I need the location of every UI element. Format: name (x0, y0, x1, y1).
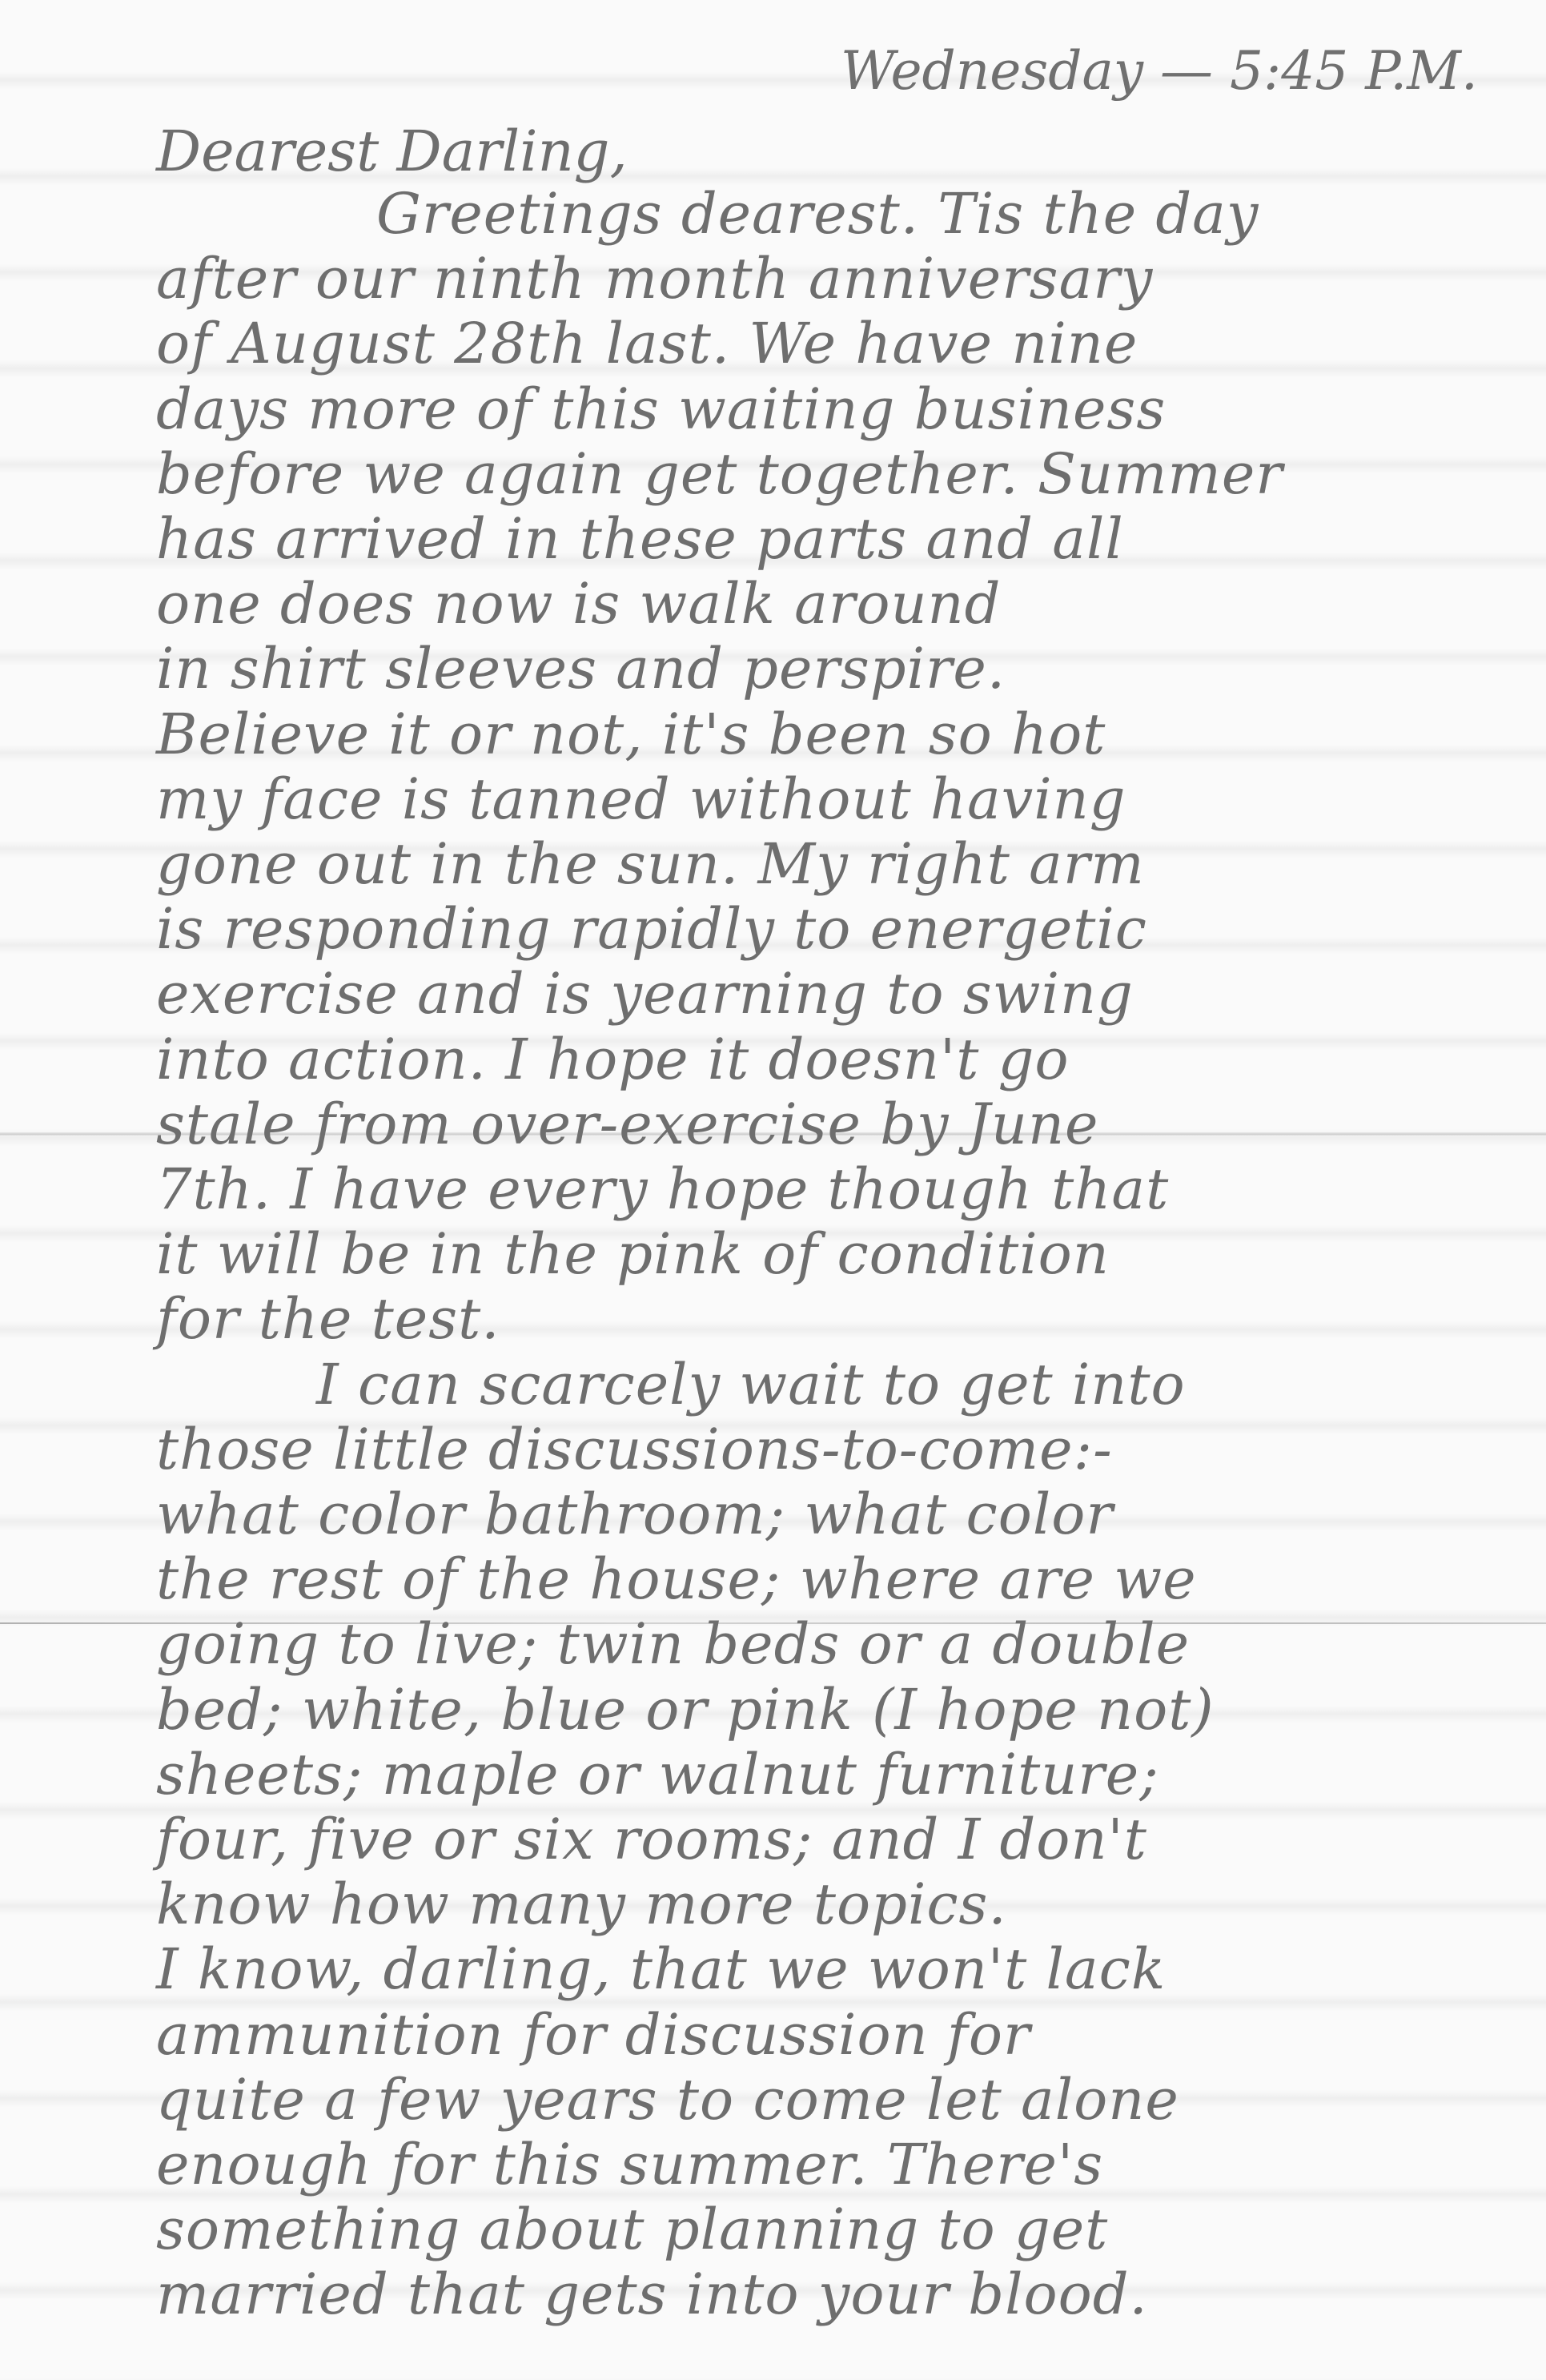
letter-line: gone out in the sun. My right arm (156, 836, 1145, 892)
letter-line: married that gets into your blood. (156, 2266, 1148, 2322)
letter-date-time: Wednesday — 5:45 P.M. (841, 40, 1478, 102)
letter-line: one does now is walk around (156, 576, 1001, 632)
letter-line: days more of this waiting business (156, 381, 1166, 437)
letter-line: bed; white, blue or pink (I hope not) (156, 1682, 1215, 1738)
letter-line: for the test. (156, 1291, 500, 1347)
letter-line: I can scarcely wait to get into (316, 1357, 1186, 1413)
letter-line: enough for this summer. There's (156, 2137, 1103, 2193)
letter-line: before we again get together. Summer (156, 446, 1283, 502)
letter-line: the rest of the house; where are we (156, 1551, 1197, 1607)
letter-line: sheets; maple or walnut furniture; (156, 1747, 1159, 1803)
letter-line: four, five or six rooms; and I don't (156, 1811, 1147, 1867)
letter-line: quite a few years to come let alone (156, 2072, 1179, 2128)
letter-line: stale from over-exercise by June (156, 1096, 1098, 1152)
letter-line: Greetings dearest. Tis the day (376, 186, 1259, 242)
letter-line: of August 28th last. We have nine (156, 316, 1138, 372)
letter-salutation: Dearest Darling, (156, 119, 628, 184)
letter-line: what color bathroom; what color (156, 1486, 1114, 1542)
letter-line: has arrived in these parts and all (156, 511, 1124, 567)
letter-line: exercise and is yearning to swing (156, 966, 1134, 1022)
letter-line: after our ninth month anniversary (156, 251, 1153, 307)
letter-line: 7th. I have every hope though that (156, 1161, 1169, 1217)
letter-line: going to live; twin beds or a double (156, 1616, 1190, 1672)
letter-line: my face is tanned without having (156, 771, 1126, 827)
letter-line: is responding rapidly to energetic (156, 901, 1147, 957)
letter-line: I know, darling, that we won't lack (156, 1941, 1166, 1997)
letter-line: it will be in the pink of condition (156, 1226, 1110, 1282)
letter-line: know how many more topics. (156, 1876, 1007, 1932)
letter-line: in shirt sleeves and perspire. (156, 641, 1006, 697)
letter-line: into action. I hope it doesn't go (156, 1031, 1070, 1087)
letter-line: those little discussions-to-come:- (156, 1421, 1113, 1477)
letter-line: something about planning to get (156, 2201, 1108, 2257)
letter-page: Wednesday — 5:45 P.M. Dearest Darling, G… (0, 0, 1546, 2380)
letter-line: Believe it or not, it's been so hot (156, 706, 1106, 762)
letter-line: ammunition for discussion for (156, 2007, 1030, 2063)
